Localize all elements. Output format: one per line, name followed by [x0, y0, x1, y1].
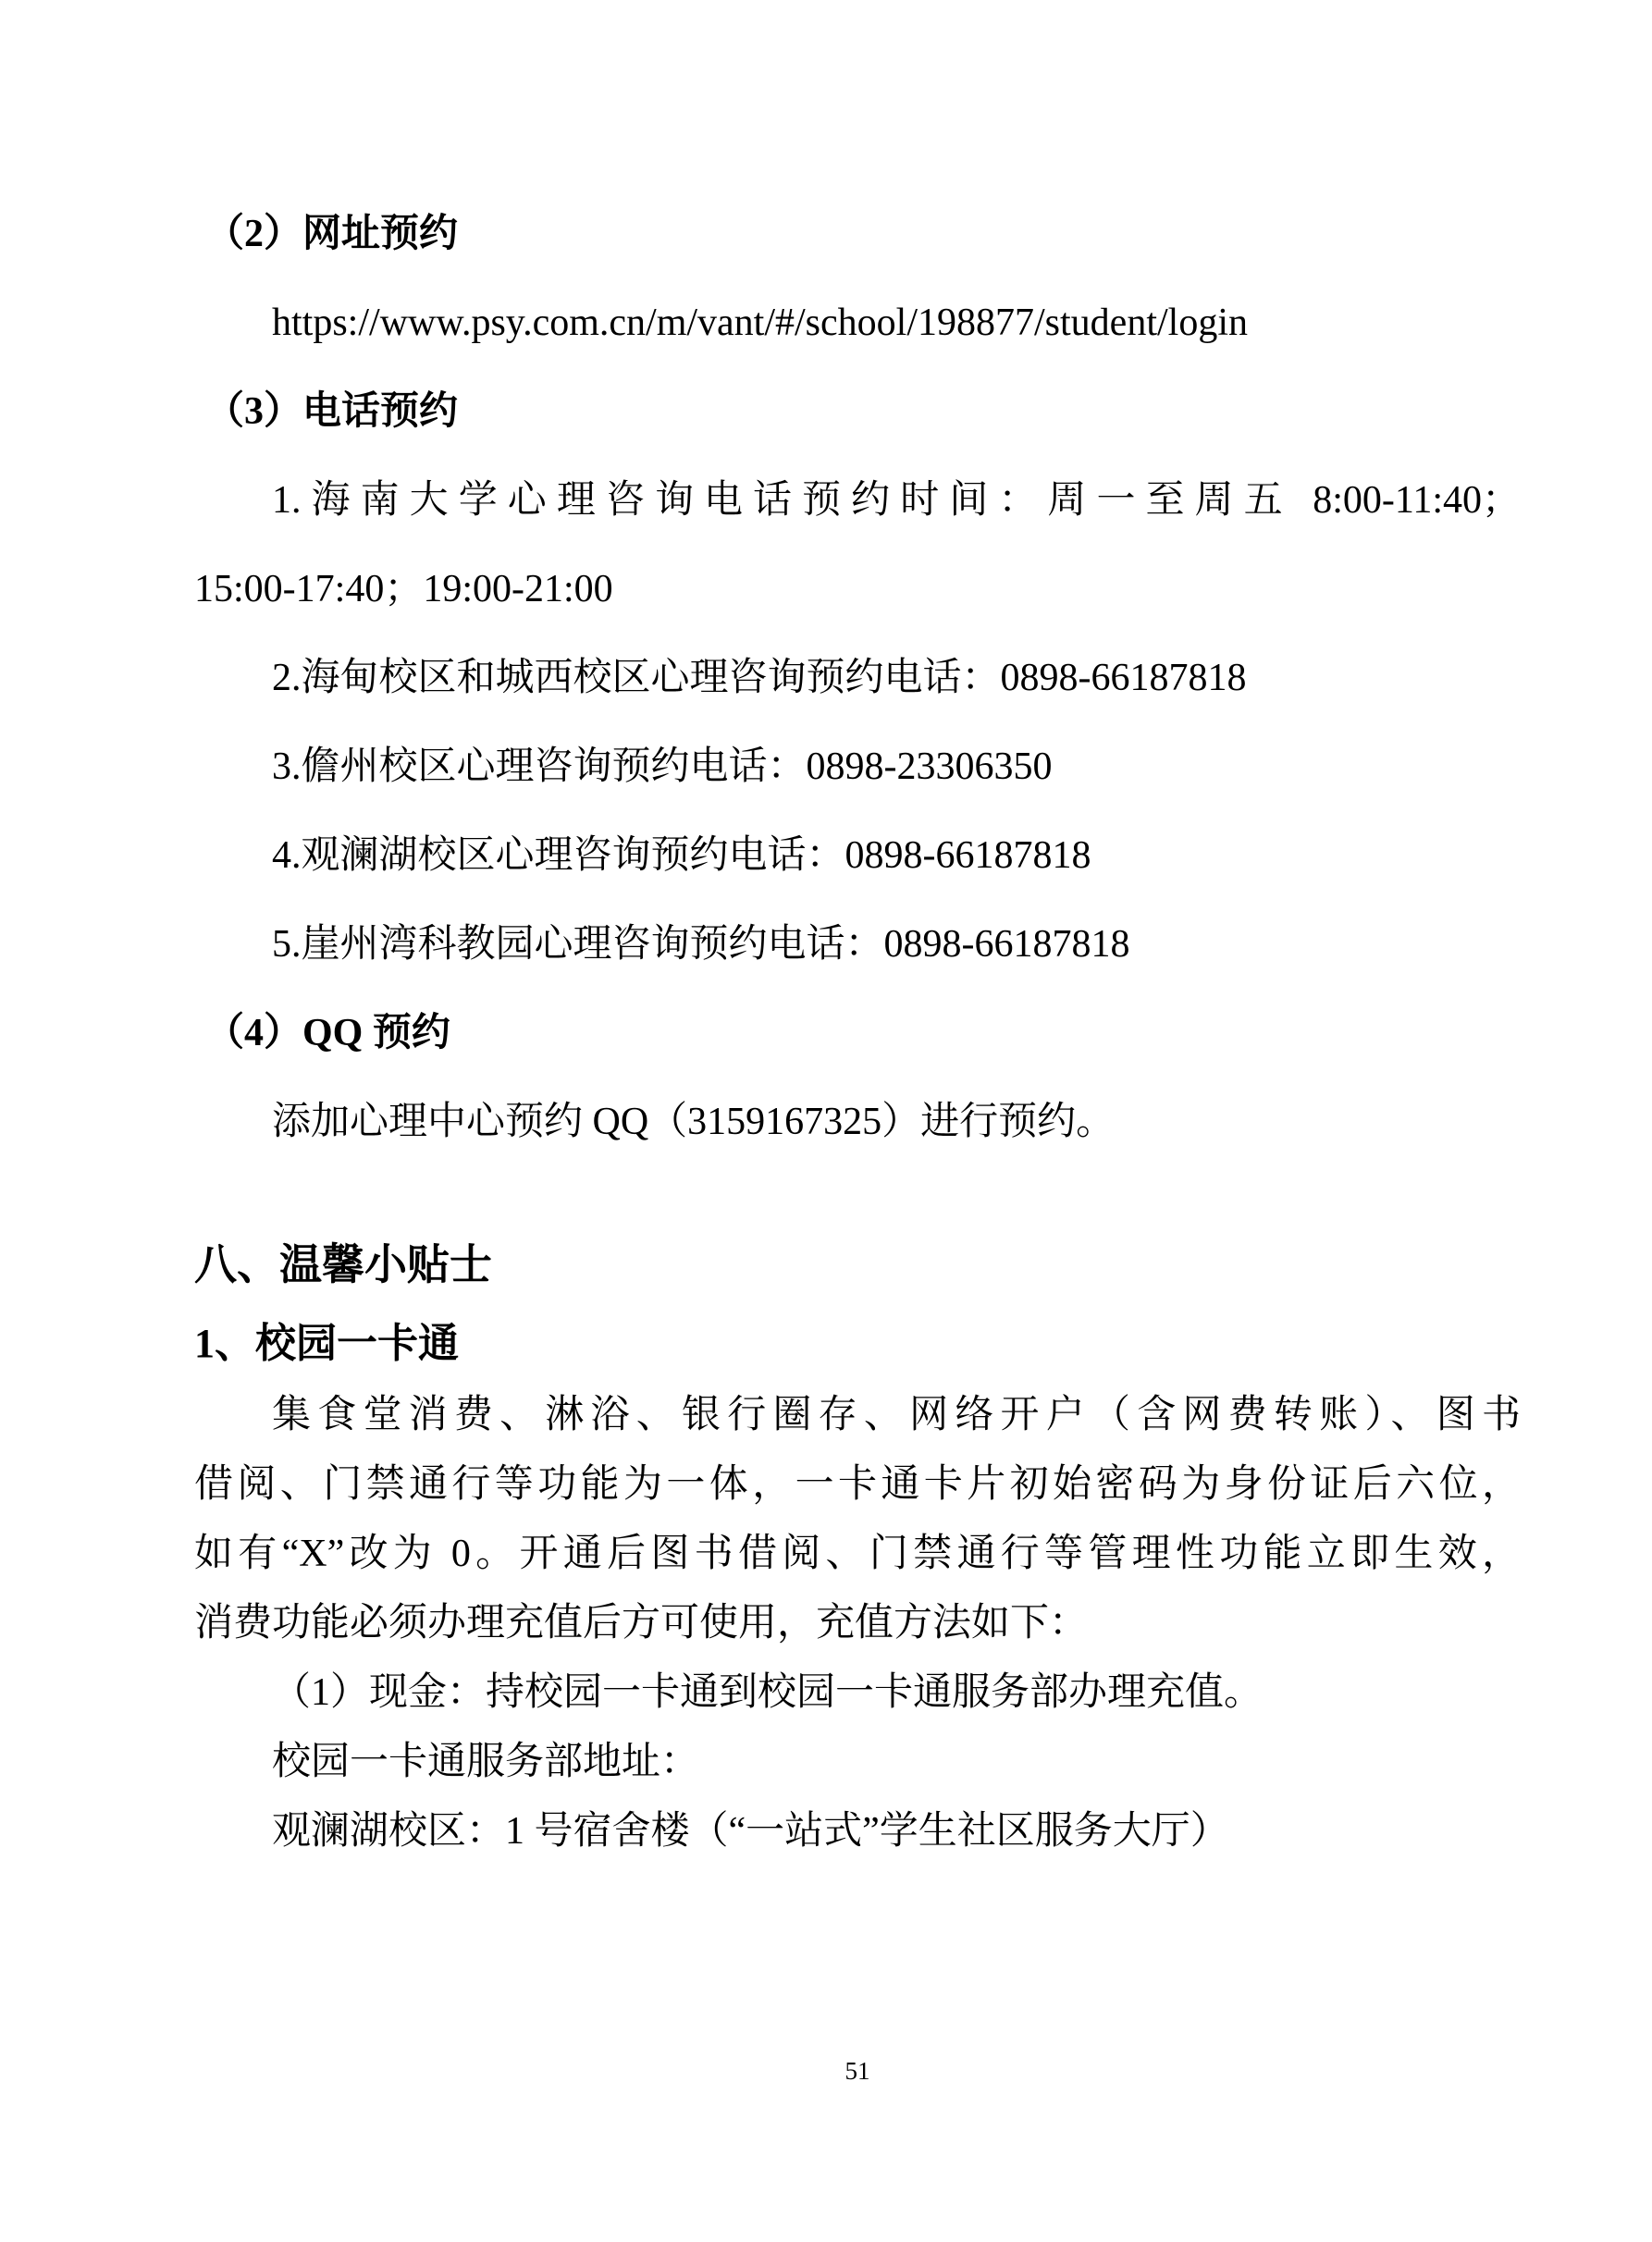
- campus-card-para-line-2: 借阅、门禁通行等功能为一体，一卡通卡片初始密码为身份证后六位，: [194, 1450, 1521, 1520]
- phone-item-1-line-1: 1.海南大学心理咨询电话预约时间：周一至周五 8:00-11:40；: [194, 456, 1521, 545]
- heading-qq-booking: （4）QQ 预约: [194, 989, 1521, 1078]
- phone-item-4: 4.观澜湖校区心理咨询预约电话：0898-66187818: [194, 811, 1521, 900]
- phone-item-1-line-2: 15:00-17:40；19:00-21:00: [194, 545, 1521, 634]
- section-heading-tips: 八、温馨小贴士: [194, 1224, 1521, 1307]
- document-page: （2）网址预约 https://www.psy.com.cn/m/vant/#/…: [0, 0, 1652, 2242]
- campus-card-para-line-4: 消费功能必须办理充值后方可使用，充值方法如下：: [194, 1589, 1521, 1658]
- service-address-campus-1: 观澜湖校区：1 号宿舍楼（“一站式”学生社区服务大厅）: [194, 1797, 1521, 1866]
- phone-item-2: 2.海甸校区和城西校区心理咨询预约电话：0898-66187818: [194, 634, 1521, 722]
- campus-card-para-line-1: 集食堂消费、淋浴、银行圈存、网络开户（含网费转账）、图书: [194, 1381, 1521, 1450]
- heading-web-booking: （2）网址预约: [194, 190, 1521, 278]
- heading-phone-booking: （3）电话预约: [194, 367, 1521, 456]
- document-content: （2）网址预约 https://www.psy.com.cn/m/vant/#/…: [194, 190, 1521, 1866]
- page-number: 51: [194, 2057, 1521, 2086]
- cash-recharge-line: （1）现金：持校园一卡通到校园一卡通服务部办理充值。: [194, 1658, 1521, 1728]
- phone-item-5: 5.崖州湾科教园心理咨询预约电话：0898-66187818: [194, 900, 1521, 989]
- campus-card-para-line-3: 如有“X”改为 0。开通后图书借阅、门禁通行等管理性功能立即生效，: [194, 1520, 1521, 1589]
- subheading-campus-card: 1、校园一卡通: [194, 1307, 1521, 1381]
- service-address-label: 校园一卡通服务部地址：: [194, 1728, 1521, 1797]
- phone-item-3: 3.儋州校区心理咨询预约电话：0898-23306350: [194, 722, 1521, 811]
- qq-booking-line: 添加心理中心预约 QQ（3159167325）进行预约。: [194, 1078, 1521, 1166]
- web-booking-url: https://www.psy.com.cn/m/vant/#/school/1…: [194, 278, 1521, 367]
